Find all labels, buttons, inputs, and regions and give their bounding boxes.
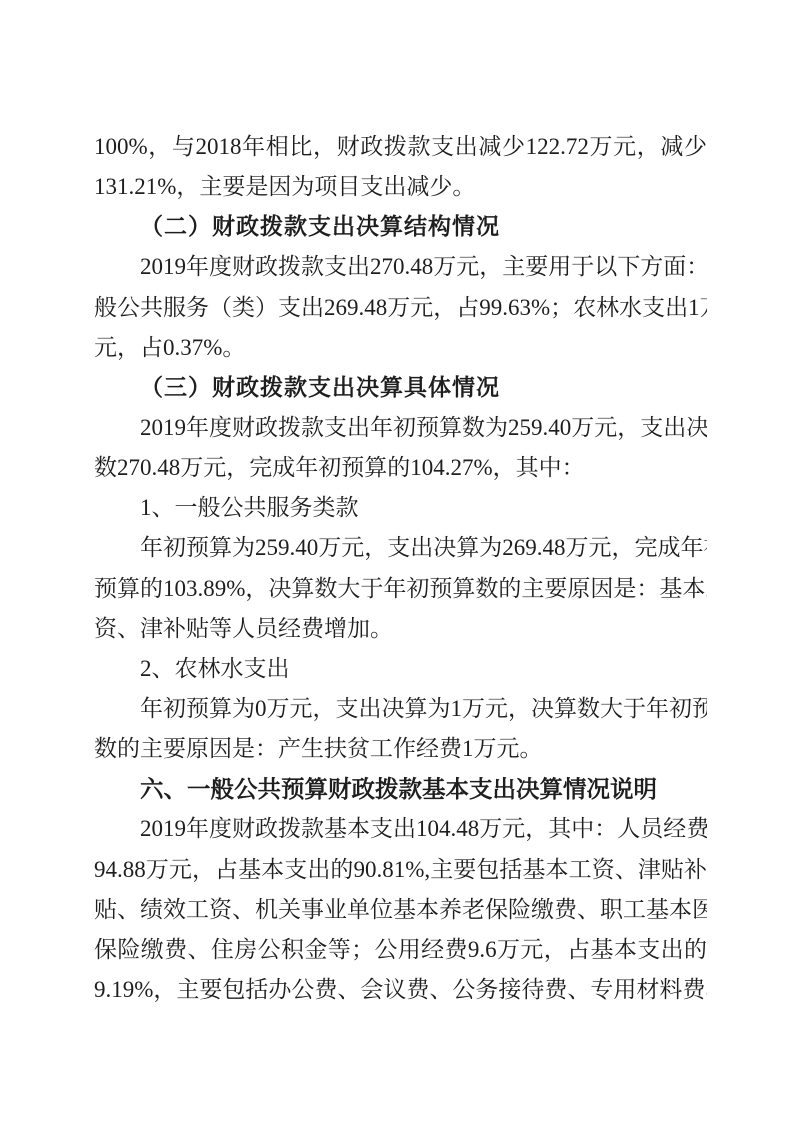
para-expenditure-structure: 2019年度财政拨款支出270.48万元，主要用于以下方面：一般公共服务（类）支… xyxy=(94,247,707,367)
para-item-1-general-public-service: 年初预算为259.40万元，支出决算为269.48万元，完成年初预算的103.8… xyxy=(94,528,707,648)
subheading-item-2: 2、农林水支出 xyxy=(94,649,707,689)
text-line: 年初预算为259.40万元，支出决算为269.48万元，完成年初 xyxy=(94,528,707,568)
text-line: （二）财政拨款支出决算结构情况 xyxy=(94,207,707,247)
heading-section-2: （二）财政拨款支出决算结构情况 xyxy=(94,207,707,247)
text-line: 数的主要原因是：产生扶贫工作经费1万元。 xyxy=(94,729,707,769)
heading-section-3: （三）财政拨款支出决算具体情况 xyxy=(94,368,707,408)
text-line: 保险缴费、住房公积金等；公用经费9.6万元，占基本支出的 xyxy=(94,930,707,970)
text-line: 般公共服务（类）支出269.48万元，占99.63%；农林水支出1万 xyxy=(94,288,707,328)
heading-section-6: 六、一般公共预算财政拨款基本支出决算情况说明 xyxy=(94,769,707,809)
para-continuation-prev-page: 100%，与2018年相比，财政拨款支出减少122.72万元，减少131.21%… xyxy=(94,127,707,207)
text-line: 元，占0.37%。 xyxy=(94,328,707,368)
para-detail-intro: 2019年度财政拨款支出年初预算数为259.40万元，支出决算数270.48万元… xyxy=(94,408,707,488)
text-line: 1、一般公共服务类款 xyxy=(94,488,707,528)
text-line: 数270.48万元，完成年初预算的104.27%，其中： xyxy=(94,448,707,488)
text-line: 94.88万元，占基本支出的90.81%,主要包括基本工资、津贴补 xyxy=(94,850,707,890)
text-line: 100%，与2018年相比，财政拨款支出减少122.72万元，减少 xyxy=(94,127,707,167)
text-line: 六、一般公共预算财政拨款基本支出决算情况说明 xyxy=(94,769,707,809)
text-line: 2019年度财政拨款支出年初预算数为259.40万元，支出决算 xyxy=(94,408,707,448)
para-basic-expenditure: 2019年度财政拨款基本支出104.48万元，其中：人员经费94.88万元，占基… xyxy=(94,809,707,1010)
subheading-item-1: 1、一般公共服务类款 xyxy=(94,488,707,528)
para-item-2-agriculture-water: 年初预算为0万元，支出决算为1万元，决算数大于年初预算数的主要原因是：产生扶贫工… xyxy=(94,689,707,769)
text-line: 9.19%，主要包括办公费、会议费、公务接待费、专用材料费、 xyxy=(94,970,707,1010)
text-line: 贴、绩效工资、机关事业单位基本养老保险缴费、职工基本医疗 xyxy=(94,890,707,930)
text-line: （三）财政拨款支出决算具体情况 xyxy=(94,368,707,408)
text-line: 资、津补贴等人员经费增加。 xyxy=(94,609,707,649)
text-line: 年初预算为0万元，支出决算为1万元，决算数大于年初预算 xyxy=(94,689,707,729)
document-page: 100%，与2018年相比，财政拨款支出减少122.72万元，减少131.21%… xyxy=(0,0,800,1131)
text-line: 2019年度财政拨款支出270.48万元，主要用于以下方面：一 xyxy=(94,247,707,287)
text-line: 131.21%，主要是因为项目支出减少。 xyxy=(94,167,707,207)
text-line: 2、农林水支出 xyxy=(94,649,707,689)
text-line: 2019年度财政拨款基本支出104.48万元，其中：人员经费 xyxy=(94,809,707,849)
text-block: 100%，与2018年相比，财政拨款支出减少122.72万元，减少131.21%… xyxy=(94,127,707,1010)
text-line: 预算的103.89%，决算数大于年初预算数的主要原因是：基本工 xyxy=(94,569,707,609)
